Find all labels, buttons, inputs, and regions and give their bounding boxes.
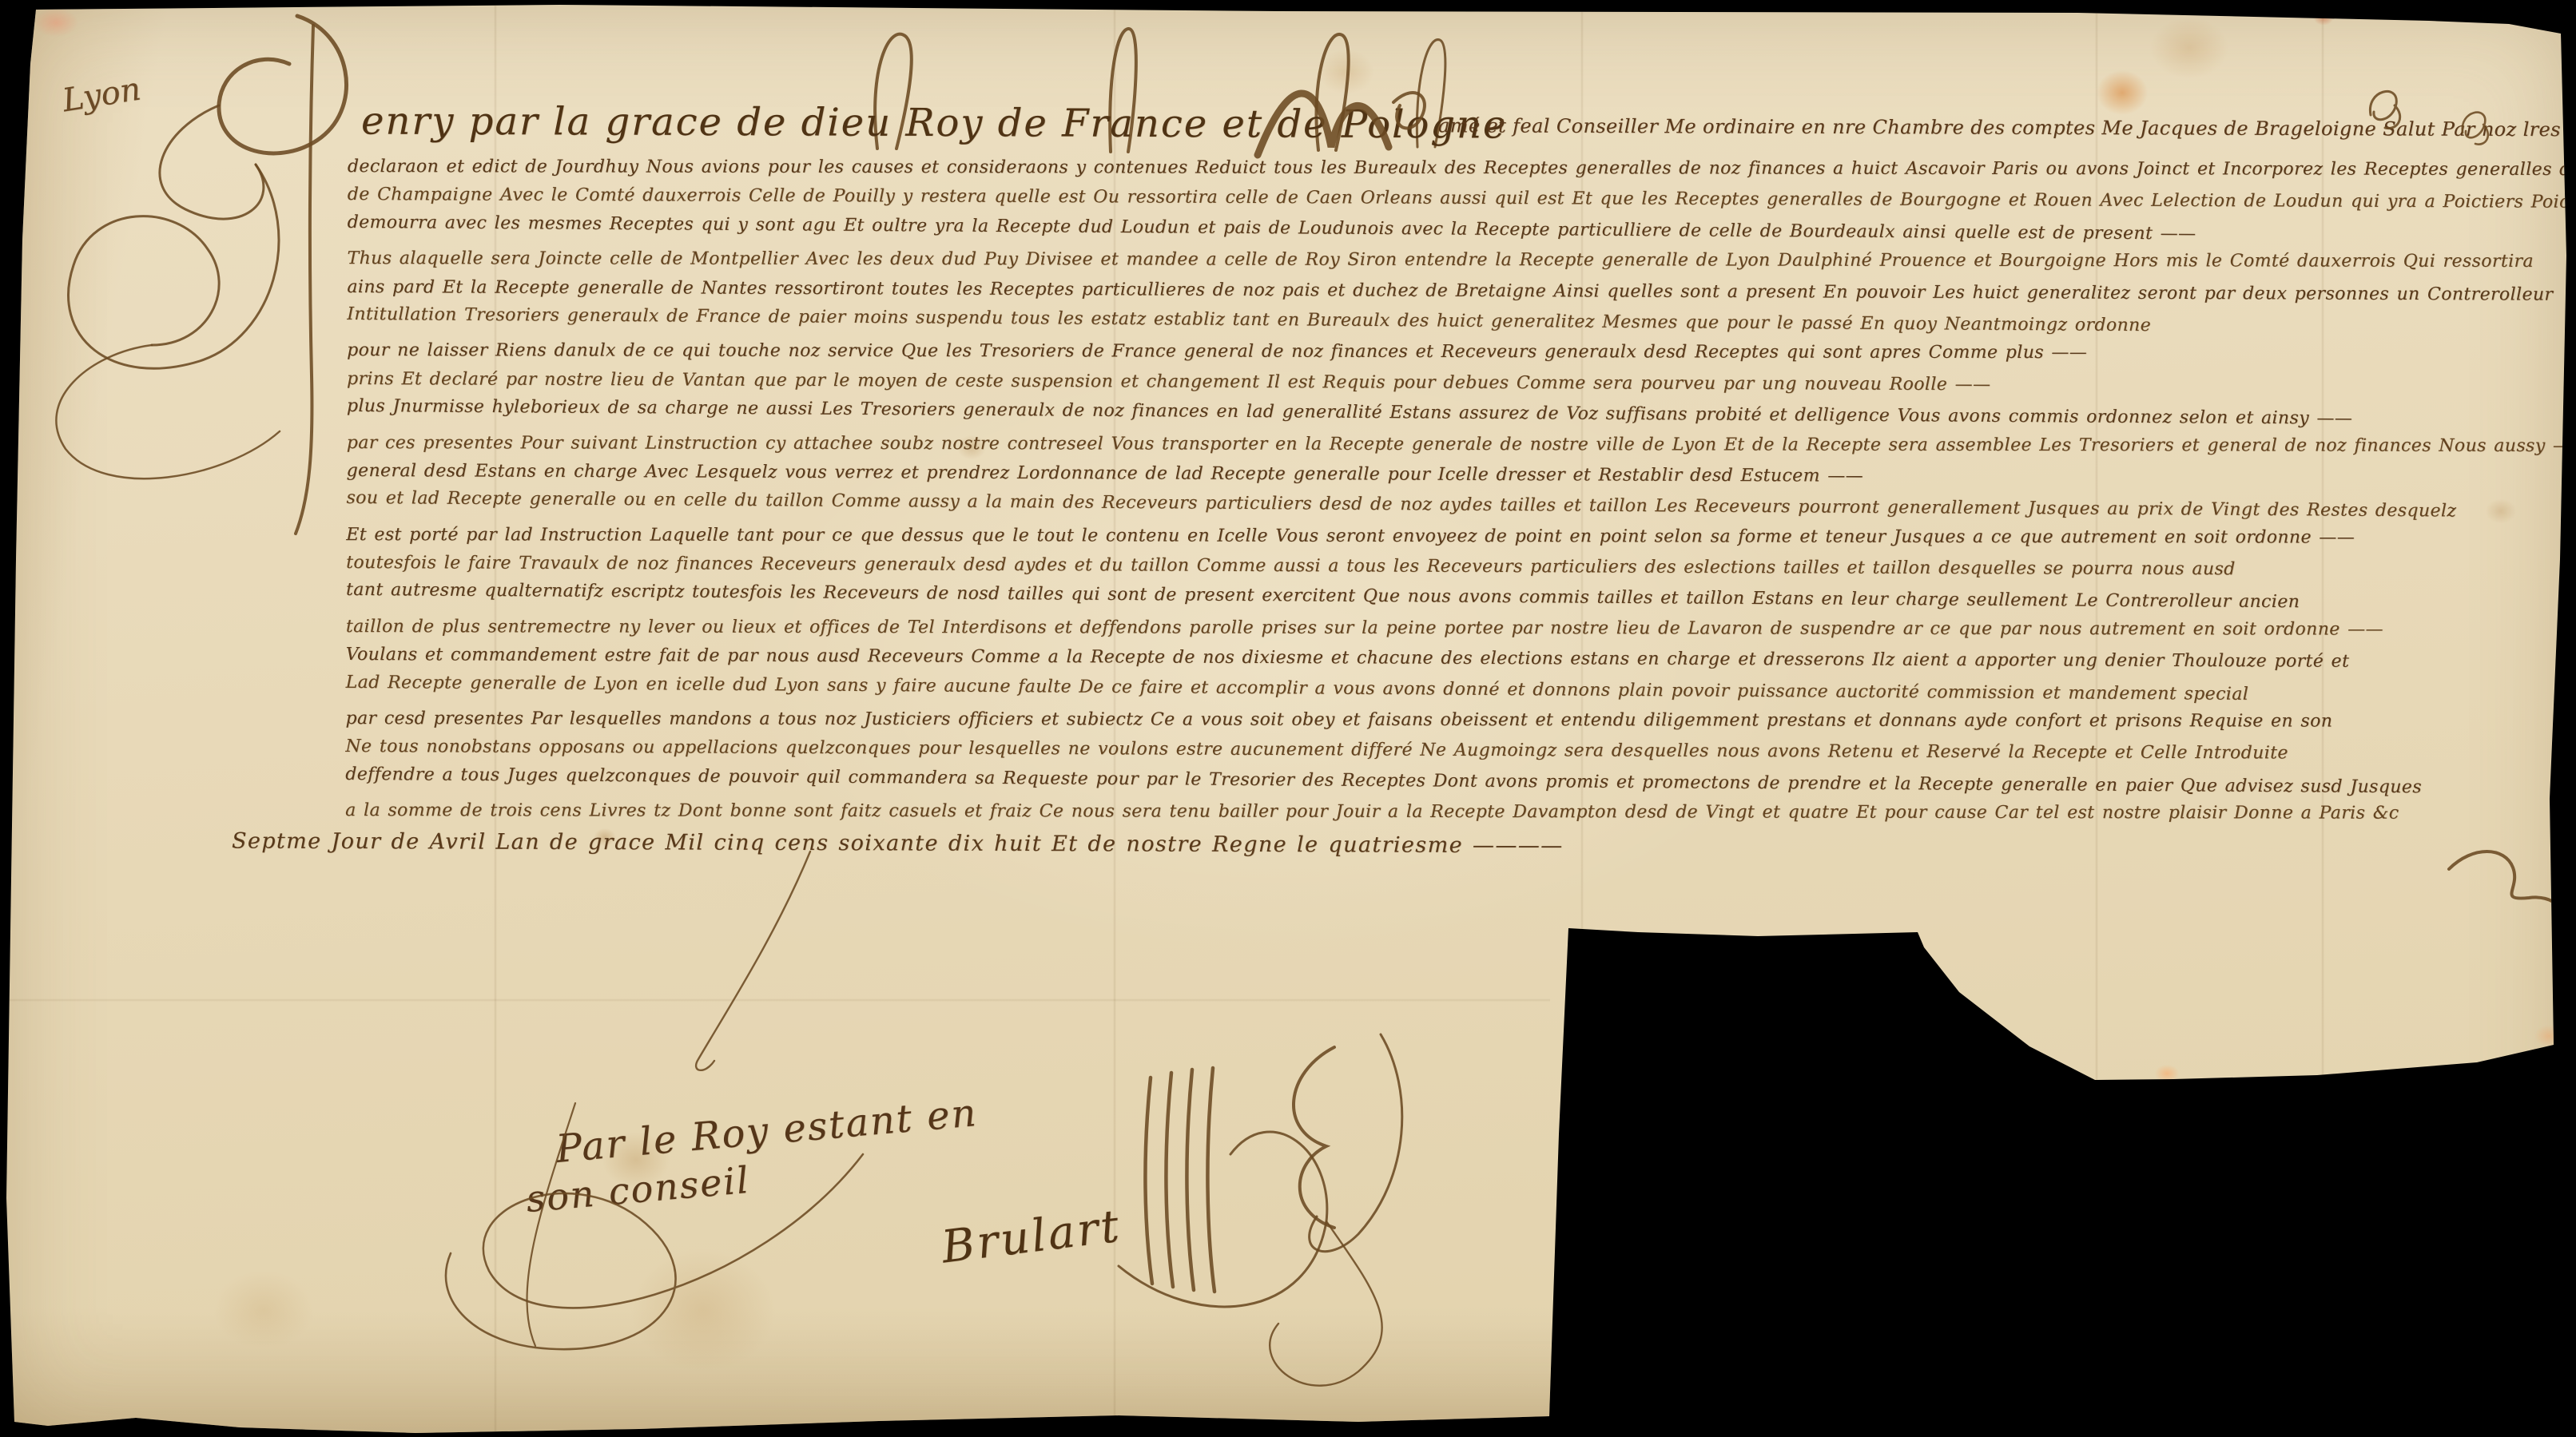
manuscript-scan: Lyon enry par la grace de dieu Roy de Fr…	[0, 0, 2576, 1437]
body-line: declaraon et edict de Jourdhuy Nous avio…	[348, 152, 2576, 185]
body-line: Et est porté par lad Instruction Laquell…	[346, 520, 2576, 554]
body-line: a la somme de trois cens Livres tz Dont …	[345, 796, 2576, 829]
royal-initial-H-flourish-icon	[16, 0, 392, 551]
registration-paraph-icon	[2455, 102, 2502, 150]
signature-paraph-flourish-icon	[415, 1026, 1438, 1402]
body-line: taillon de plus sentremectre ny lever ou…	[346, 612, 2576, 645]
body-line: Thus alaquelle sera Joincte celle de Mon…	[347, 244, 2576, 277]
body-line: pour ne laisser Riens danulx de ce qui t…	[347, 335, 2576, 369]
et-cetera-flourish-icon	[2441, 829, 2576, 933]
body-line: par ces presentes Pour suivant Linstruct…	[347, 428, 2576, 462]
body-line: par cesd presentes Par lesquelles mandon…	[345, 704, 2576, 737]
date-line: Septme Jour de Avril Lan de grace Mil ci…	[232, 824, 2576, 867]
registration-paraph-icon	[2361, 80, 2417, 136]
body-text-block: declaraon et edict de Jourdhuy Nous avio…	[345, 149, 2576, 867]
parchment-sheet: Lyon enry par la grace de dieu Roy de Fr…	[0, 0, 2576, 1437]
